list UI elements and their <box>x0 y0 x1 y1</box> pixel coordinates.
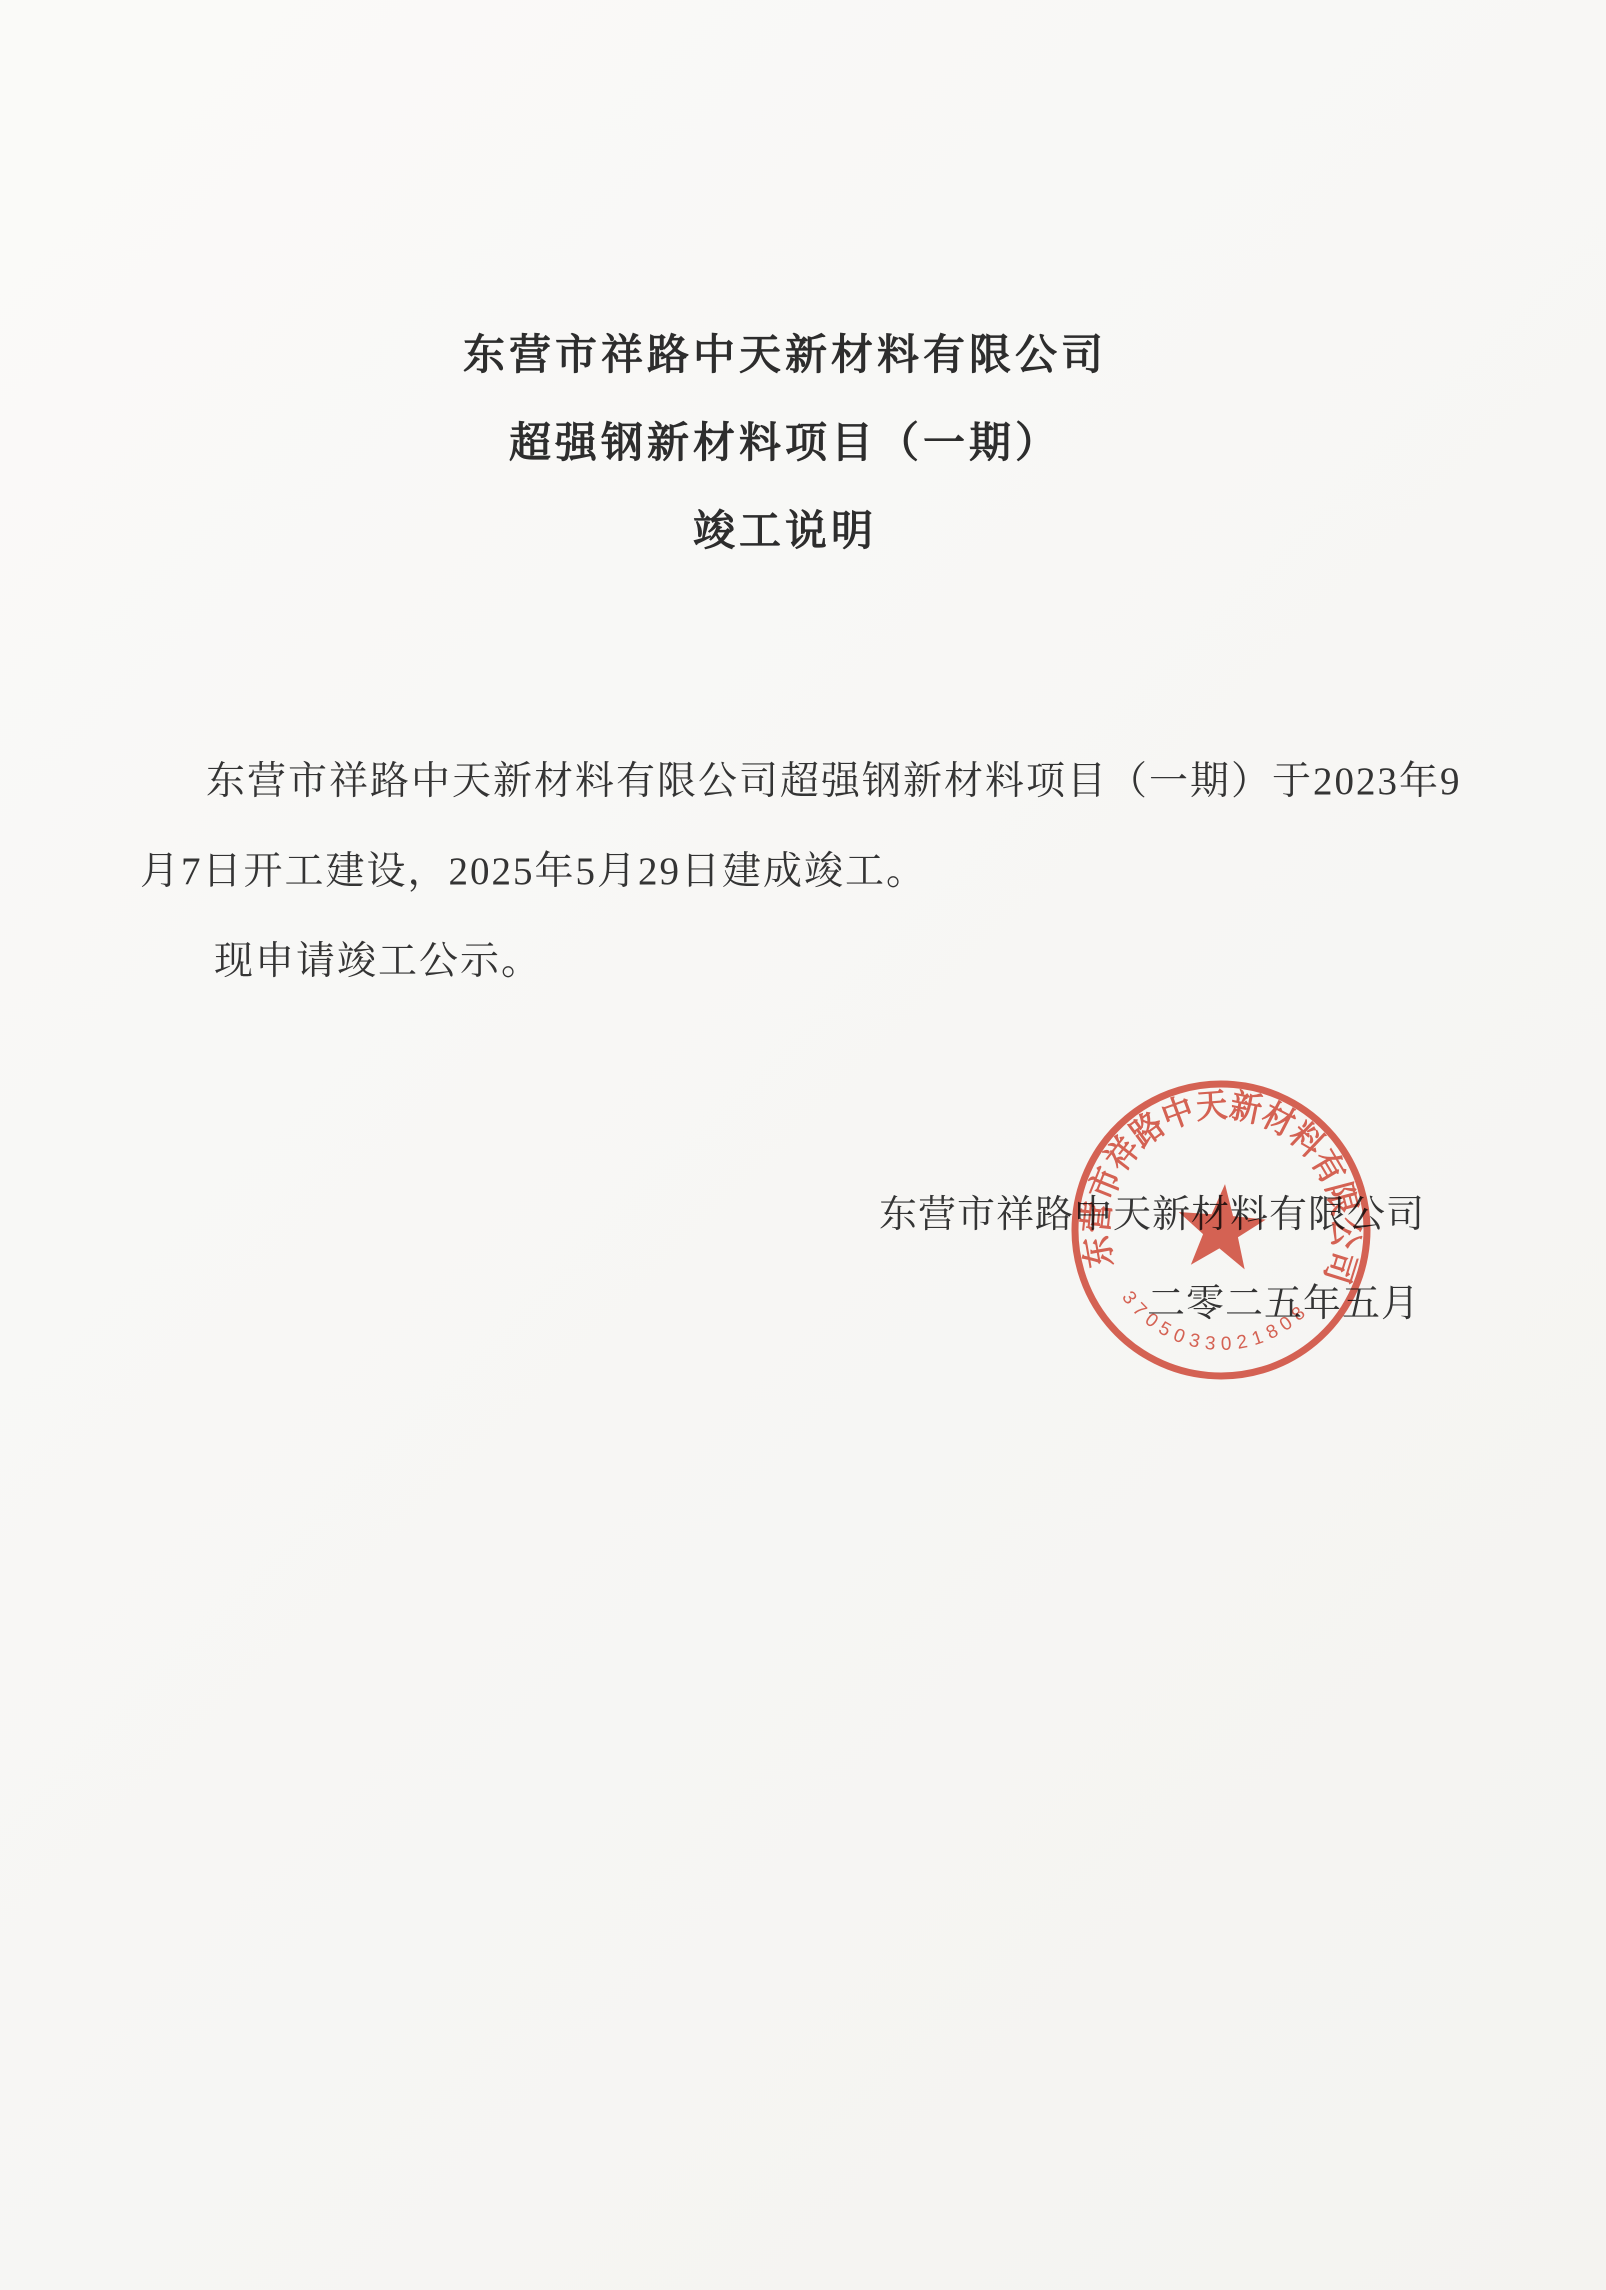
company-seal-graphic: 东营市祥路中天新材料有限公司 3705033021808 <box>1068 1077 1374 1383</box>
seal-ring-text: 东营市祥路中天新材料有限公司 <box>1074 1077 1374 1295</box>
star-icon <box>1174 1180 1268 1271</box>
body-line-1: 东营市祥路中天新材料有限公司超强钢新材料项目（一期）于2023年9 <box>140 737 1475 827</box>
title-line-doc-type: 竣工说明 <box>0 488 1570 576</box>
title-line-project: 超强钢新材料项目（一期） <box>0 400 1570 488</box>
document-title: 东营市祥路中天新材料有限公司 超强钢新材料项目（一期） 竣工说明 <box>0 312 1570 576</box>
title-line-company: 东营市祥路中天新材料有限公司 <box>0 312 1570 400</box>
body-line-3: 现申请竣工公示。 <box>140 917 1475 1007</box>
body-line-2: 月7日开工建设，2025年5月29日建成竣工。 <box>140 827 1475 917</box>
body-text: 东营市祥路中天新材料有限公司超强钢新材料项目（一期）于2023年9 月7日开工建… <box>140 737 1475 1007</box>
company-seal: 东营市祥路中天新材料有限公司 3705033021808 <box>1068 1077 1374 1383</box>
document-page: 东营市祥路中天新材料有限公司 超强钢新材料项目（一期） 竣工说明 东营市祥路中天… <box>0 0 1606 2290</box>
